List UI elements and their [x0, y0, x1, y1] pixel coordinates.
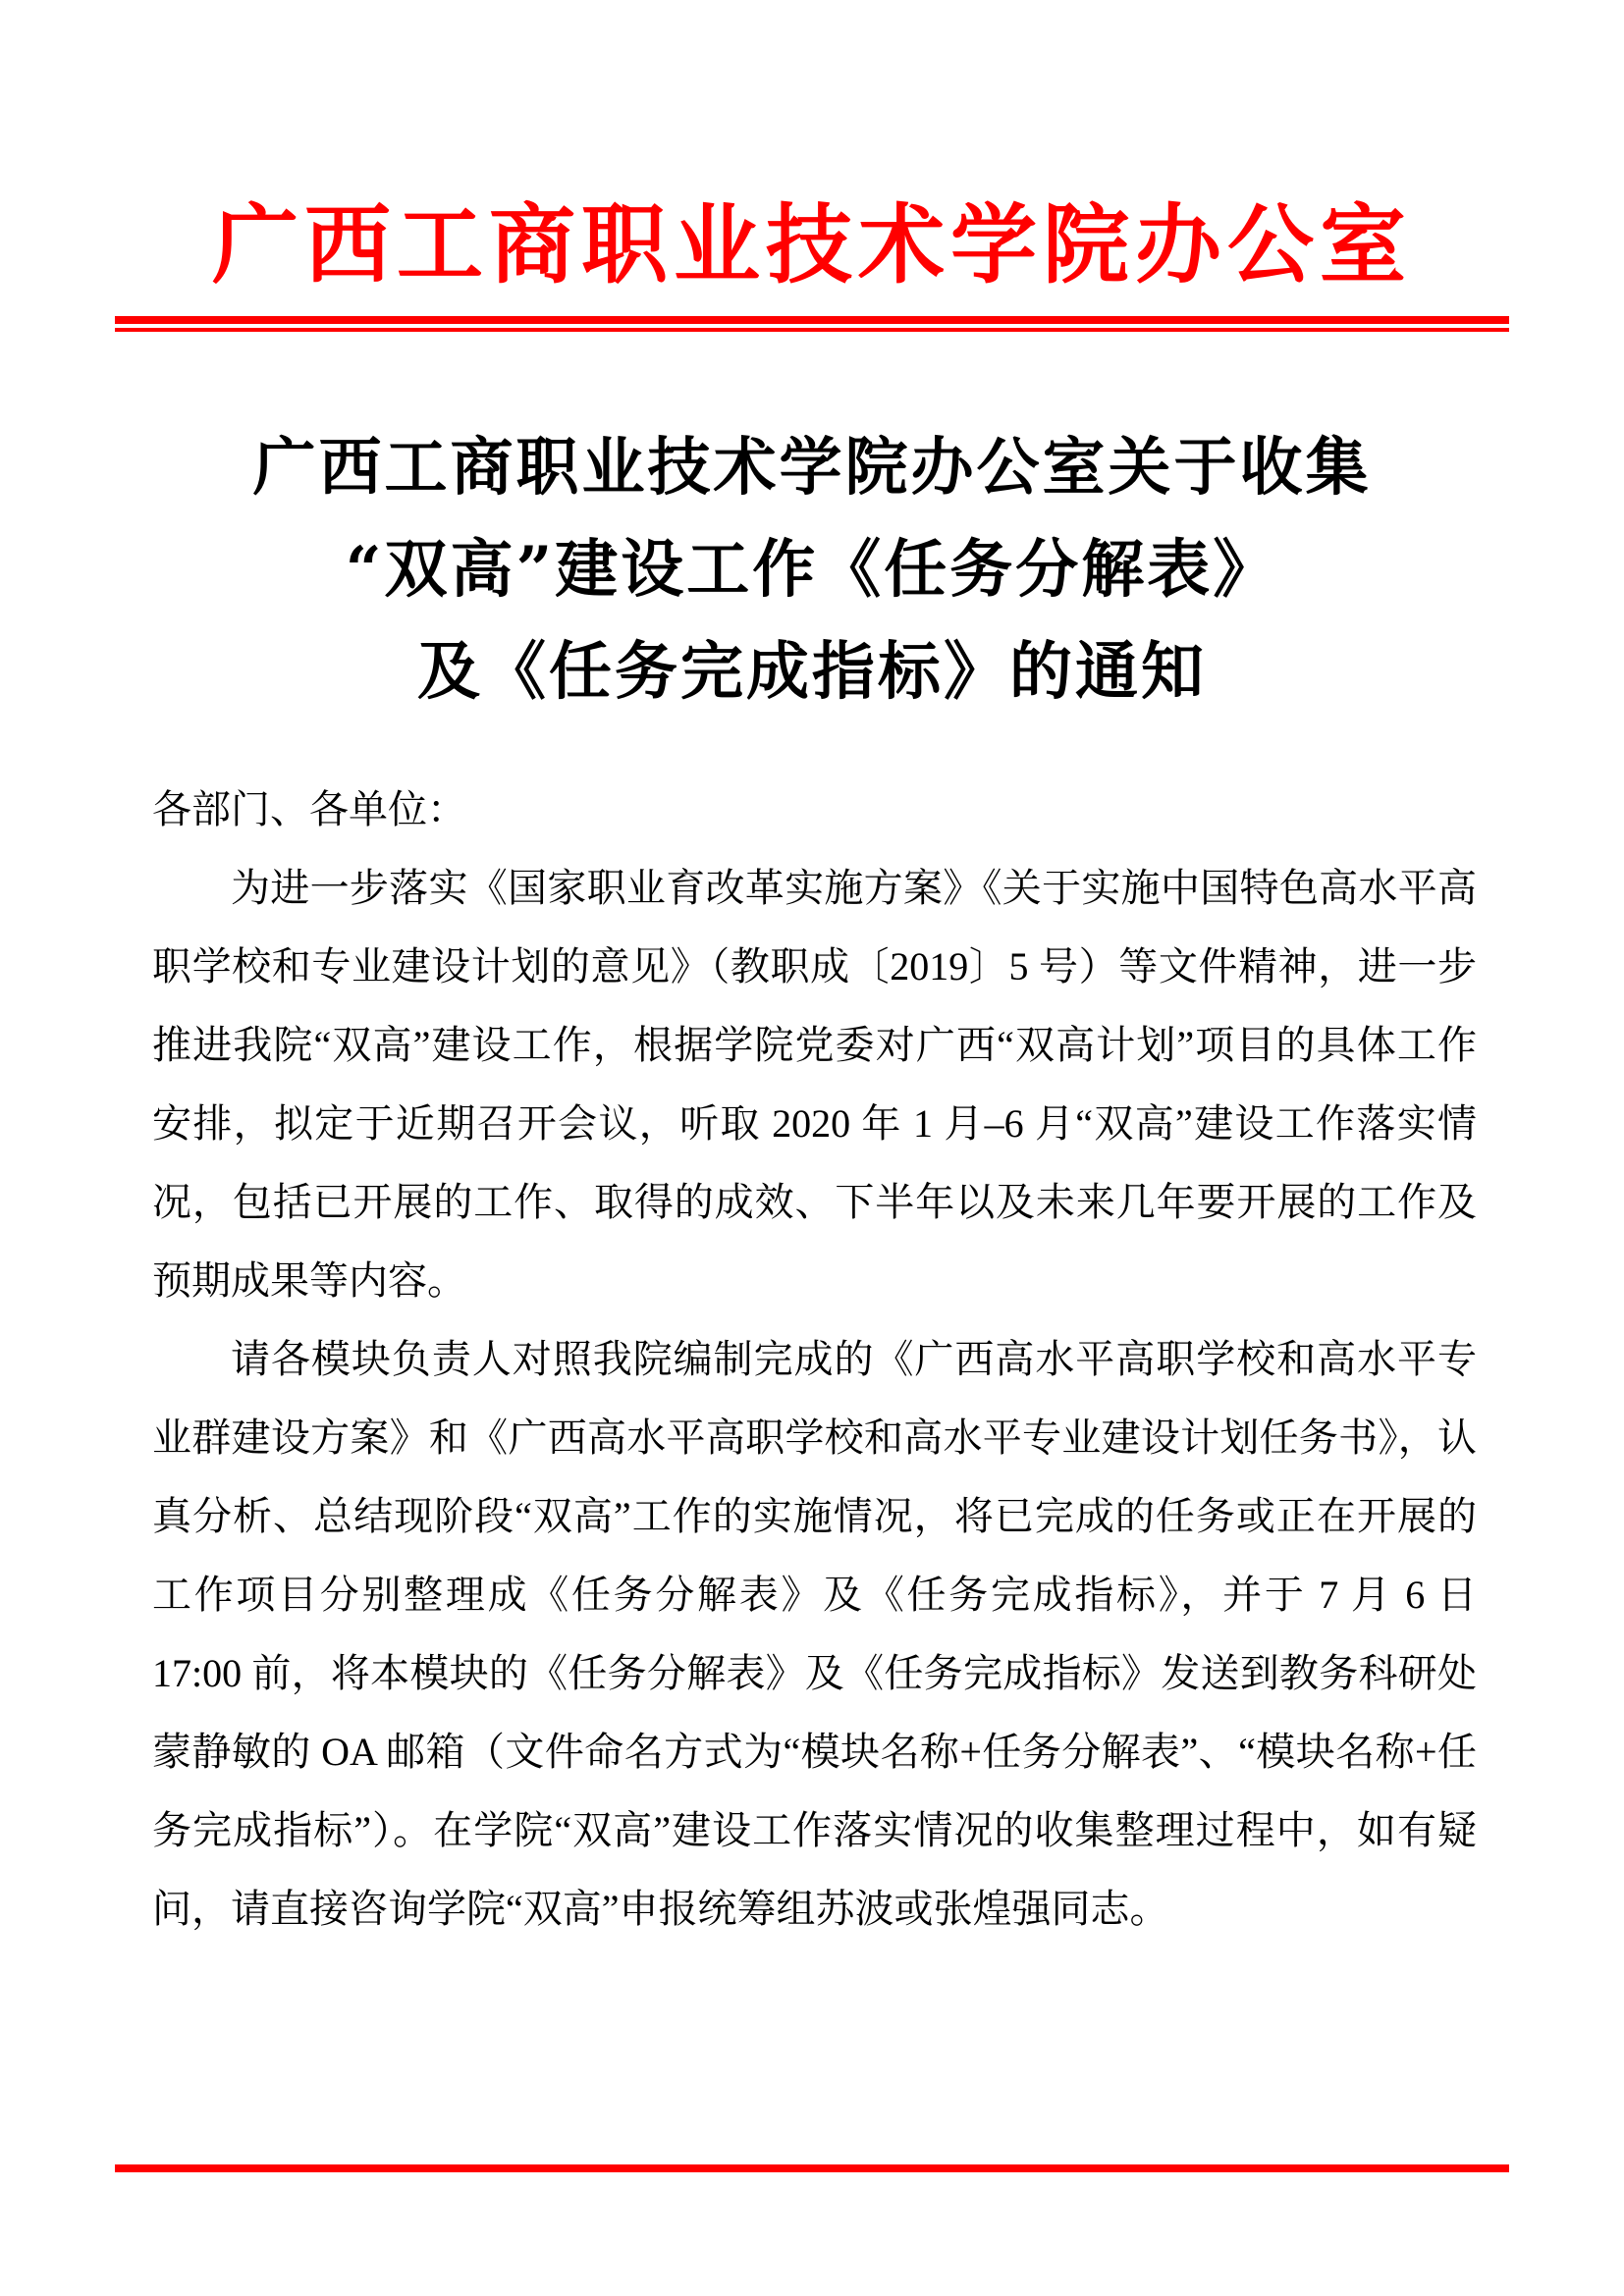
doc-title-line-3: 及《任务完成指标》的通知	[0, 621, 1624, 723]
document-page: 广西工商职业技术学院办公室 广西工商职业技术学院办公室关于收集 “双高”建设工作…	[0, 0, 1624, 2296]
doc-title-line-2: “双高”建设工作《任务分解表》	[0, 519, 1624, 621]
doc-body: 各部门、各单位： 为进一步落实《国家职业育改革实施方案》《关于实施中国特色高水平…	[152, 771, 1477, 1949]
header-rule-thin	[115, 328, 1509, 332]
masthead-title: 广西工商职业技术学院办公室	[0, 0, 1624, 296]
paragraph-1: 为进一步落实《国家职业育改革实施方案》《关于实施中国特色高水平高职学校和专业建设…	[152, 849, 1477, 1320]
salutation: 各部门、各单位：	[152, 771, 1477, 849]
footer-rule	[115, 2164, 1509, 2172]
doc-title: 广西工商职业技术学院办公室关于收集 “双高”建设工作《任务分解表》 及《任务完成…	[0, 417, 1624, 723]
paragraph-2: 请各模块负责人对照我院编制完成的《广西高水平高职学校和高水平专业群建设方案》和《…	[152, 1320, 1477, 1949]
header-rule	[115, 316, 1509, 332]
doc-title-line-1: 广西工商职业技术学院办公室关于收集	[0, 417, 1624, 519]
header-rule-thick	[115, 316, 1509, 324]
